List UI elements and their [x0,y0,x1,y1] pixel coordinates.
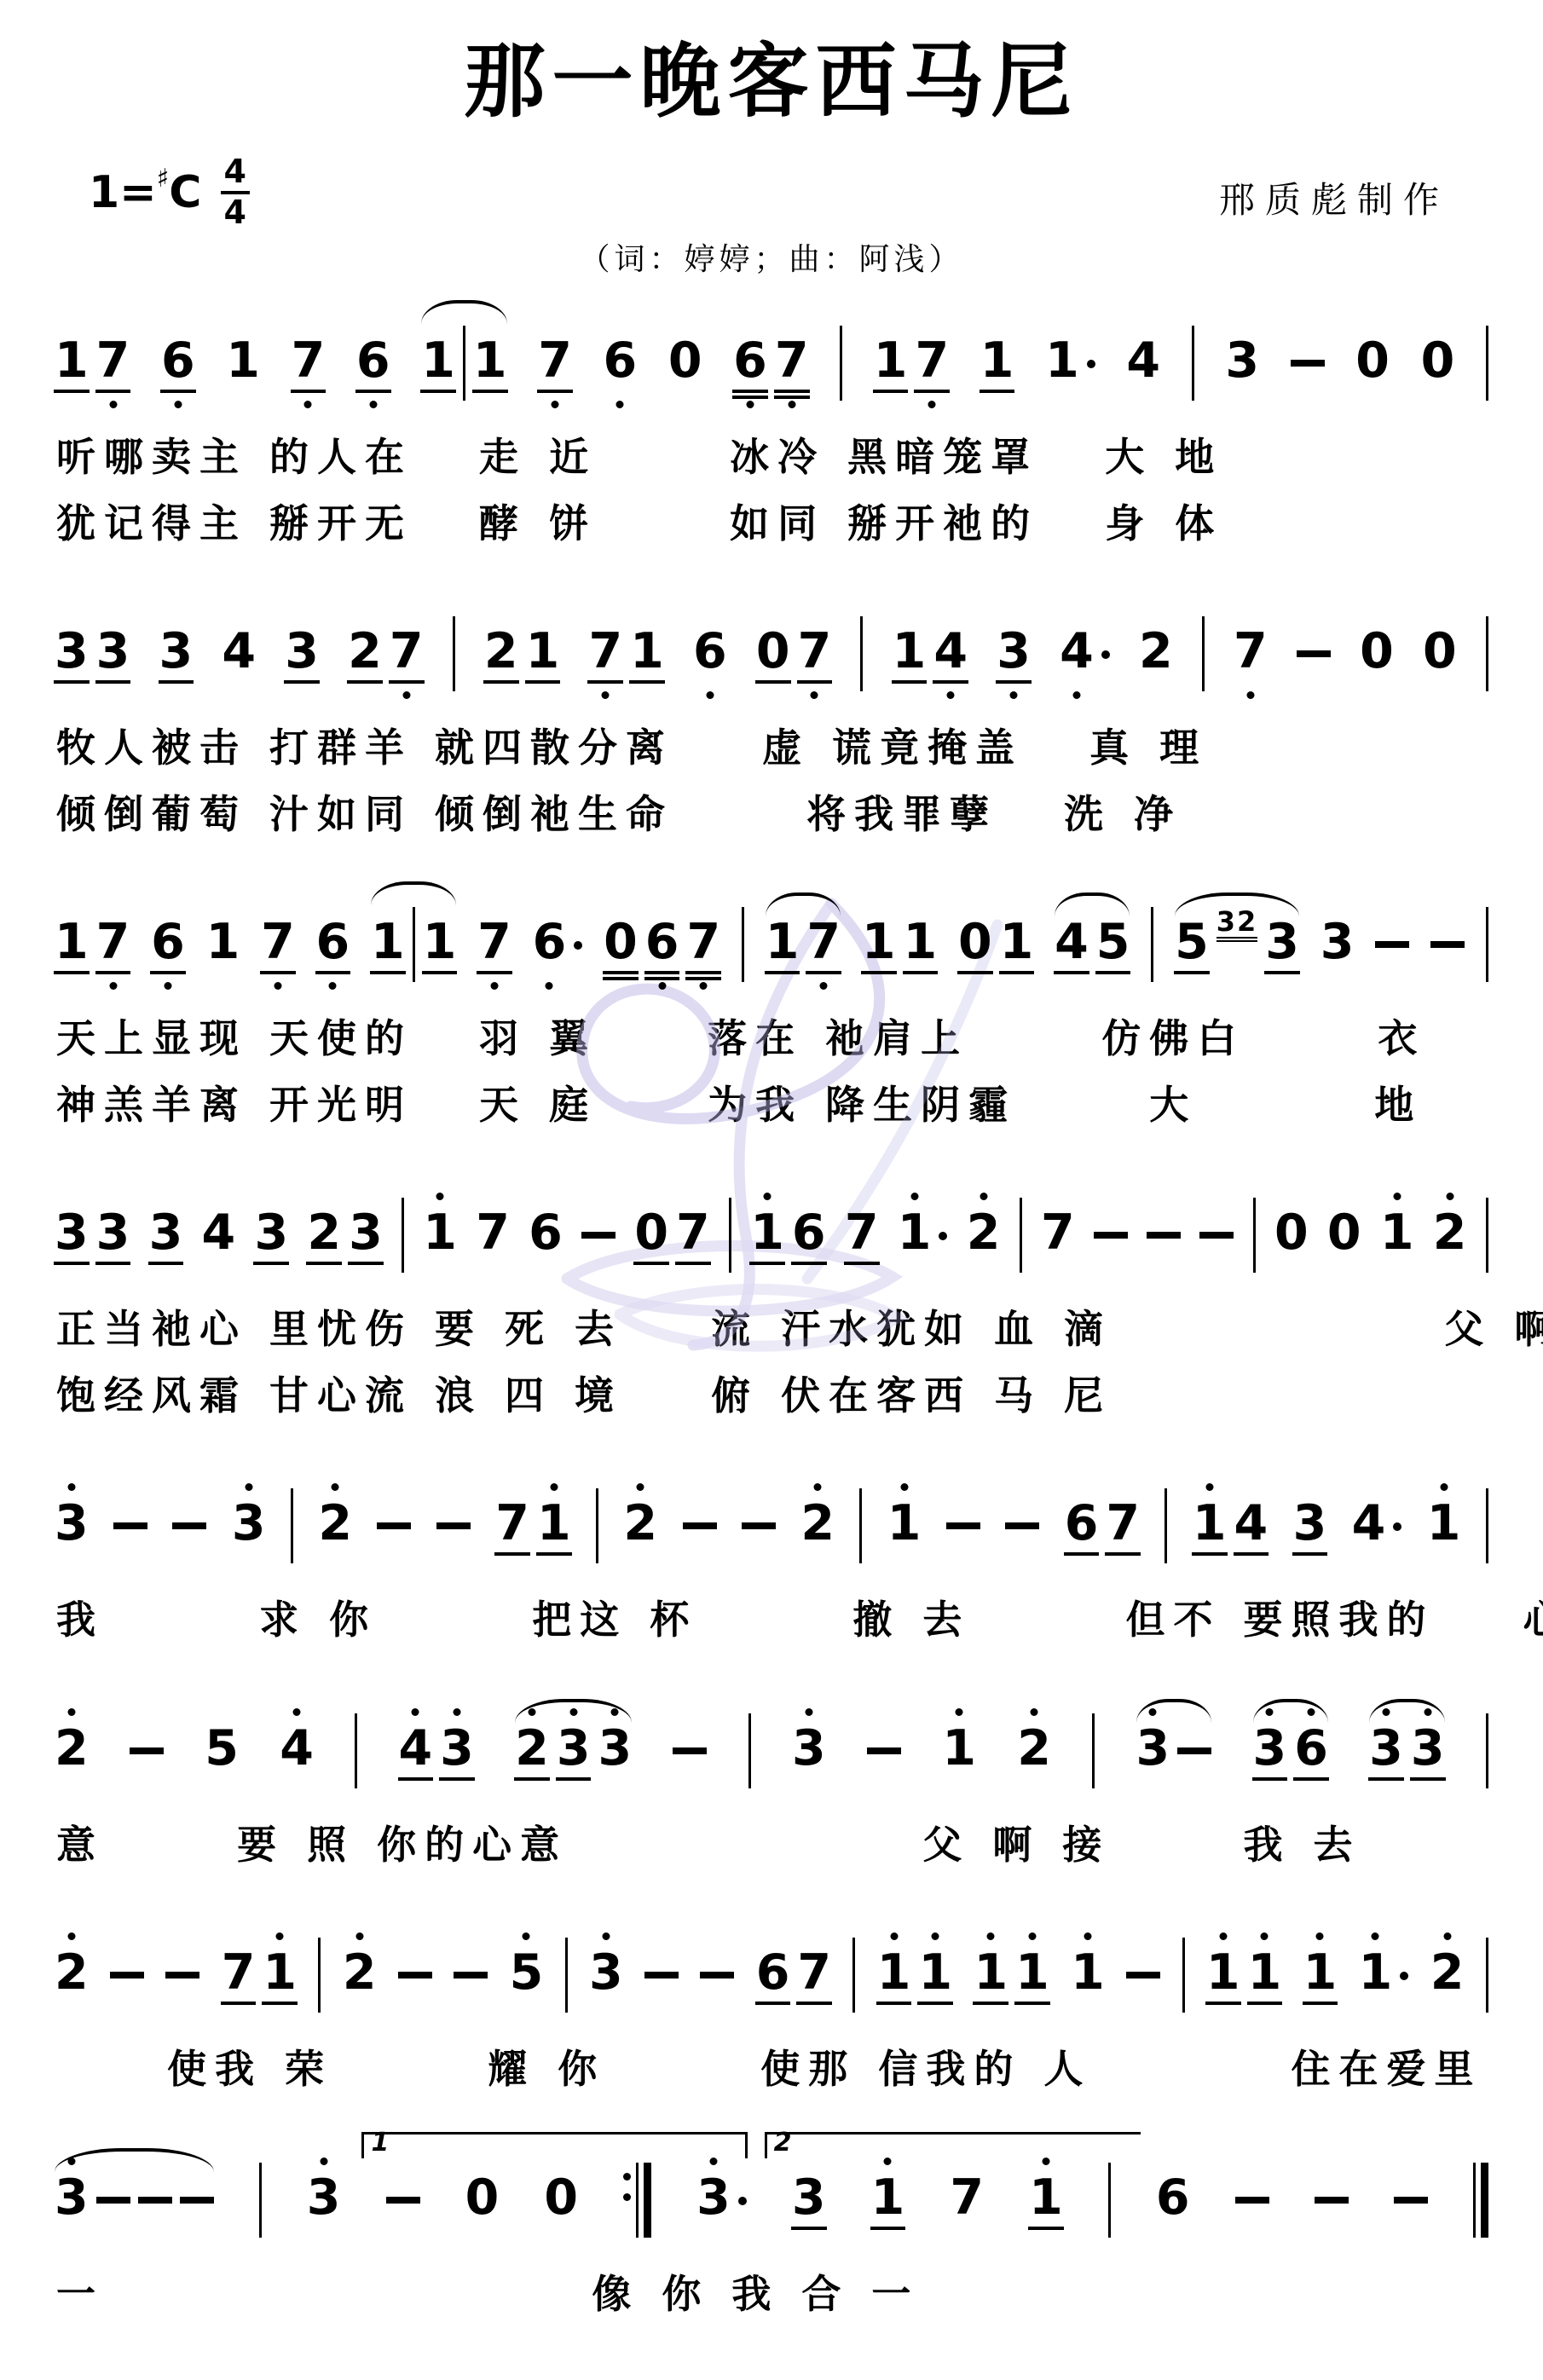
note-digit: 1 [1248,1949,1282,1997]
note-digit: 6 [604,337,638,385]
dash-note [96,2197,130,2204]
note-group: 27 [348,627,423,676]
note-digit: 1 [226,337,260,385]
dash-note [165,1972,199,1979]
note-digit: 3 [285,627,319,676]
note-digit: 6 [161,337,195,385]
note-group: 7 [292,337,326,385]
note-group: 067 [604,918,720,967]
note-group: 11 [862,918,937,967]
dash-note [113,1522,147,1529]
low-octave-dot [1072,691,1080,699]
note-digit: 1 [1071,1949,1105,1997]
note-digit: 6 [533,918,567,967]
note-digit: 1 [942,1724,976,1773]
slur-group: 233 [515,1724,632,1773]
note-group: 1 [898,1209,948,1257]
low-octave-dot [706,691,714,699]
note-group: 4 [280,1724,314,1773]
low-octave-dot [746,401,754,408]
note-digit: 1 [898,1209,932,1257]
low-octave-dot [820,982,828,990]
note-group: 3 [792,1724,826,1773]
sheet-music-page: 那一晚客西马尼 1=♯C 4 4 邢质彪制作 （词：婷婷；曲：阿浅） 17617… [0,0,1543,2380]
note-digit: 0 [634,1209,668,1257]
dash-note [1235,2197,1269,2204]
note-group: 3 [997,627,1031,676]
note-group: 0 [1423,627,1457,676]
high-octave-dot [1031,1708,1038,1716]
dash-note [110,1972,144,1979]
barline [860,616,863,691]
high-octave-dot [1393,1193,1401,1200]
note-group: 6 [604,337,638,385]
barline [859,1488,862,1563]
note-digit: 1 [537,1499,571,1548]
key-signature: 1=♯C 4 4 [89,155,251,230]
notes-row: 176176117606717114300 [53,293,1490,416]
high-octave-dot [709,2158,717,2165]
note-digit: 1 [871,2174,905,2222]
high-octave-dot [805,1708,812,1716]
note-digit: 2 [55,1949,89,1997]
note-digit: 4 [399,1724,433,1773]
note-digit: 3 [1321,918,1355,967]
high-octave-dot [67,2158,75,2165]
note-digit: 1 [1045,337,1079,385]
high-octave-dot [611,1708,619,1716]
barline [413,907,415,982]
augmentation-dot [738,2197,747,2205]
lyric-row-1: 正当祂心 里忧伤 要 死 去 流 汗水犹如 血 滴 父 啊 [53,1305,1490,1355]
note-digit: 1 [887,1499,922,1548]
note-digit: 6 [316,918,350,967]
note-group: 67 [756,1949,831,1997]
high-octave-dot [932,1932,939,1940]
note-digit: 2 [1430,1949,1465,1997]
note-digit: 3 [440,1724,474,1773]
note-group [386,2197,420,2222]
note-group [436,1522,471,1548]
note-digit: 1 [877,1949,911,1997]
note-digit: 7 [390,627,424,676]
note-group: 17 [55,918,130,967]
high-octave-dot [987,1932,995,1940]
low-octave-dot [811,691,818,699]
note-digit: 6 [1065,1499,1099,1548]
note-digit: 6 [756,1949,790,1997]
note-group: 14 [893,627,968,676]
note-digit: 5 [1175,918,1209,967]
dash-note [683,1522,717,1529]
note-digit: 2 [515,1724,549,1773]
notes-row: 3334327217160714342700 [53,584,1490,707]
note-digit: 4 [222,627,256,676]
note-group: 7 [476,1209,510,1257]
note-digit: 3 [696,2174,731,2222]
note-digit: 1 [1303,1949,1338,1997]
note-group [172,1522,206,1548]
note-group: 7 [1234,627,1268,676]
note-group: 71 [495,1499,570,1548]
notes-row: 3334323176071671270012 [53,1165,1490,1288]
note-digit: 3 [96,627,130,676]
music-line-2: 3334327217160714342700牧人被击 打群羊 就四散分离 虚 谎… [53,584,1490,839]
key-letter: C [169,167,201,218]
note-group: 21 [484,627,559,676]
note-digit: 6 [356,337,390,385]
note-group: 0 [1327,1209,1361,1257]
note-digit: 3 [232,1499,266,1548]
barline-thin [636,2163,639,2238]
low-octave-dot [947,691,955,699]
note-digit: 3 [1369,1724,1403,1773]
high-octave-dot [956,1708,963,1716]
high-octave-dot [245,1483,252,1491]
note-group: 4 [222,627,256,676]
grace-notes: 32 [1216,908,1258,942]
barline [1486,616,1488,691]
note-digit: 7 [292,337,326,385]
high-octave-dot [293,1708,301,1716]
note-group: 7 [477,918,511,967]
note-digit: 1 [371,918,405,967]
low-octave-dot [602,691,610,699]
repeat-dot [623,2193,631,2201]
note-digit: 0 [1327,1209,1361,1257]
note-digit: 7 [1234,627,1268,676]
note-digit: 1 [1380,1209,1414,1257]
note-digit: 0 [1274,1209,1309,1257]
high-octave-dot [320,2158,327,2165]
volta-first-ending: 1 [361,2132,748,2158]
final-barline [1473,2163,1488,2222]
note-digit: 3 [1136,1724,1170,1773]
note-digit: 7 [915,337,949,385]
high-octave-dot [1372,1932,1379,1940]
note-group: 0 [668,337,702,385]
high-octave-dot [1149,1708,1157,1716]
note-digit: 2 [55,1724,89,1773]
note-group: 23 [307,1209,382,1257]
note-group: 1 [1045,337,1095,385]
barline [1182,1938,1185,2013]
note-group [398,1972,432,1997]
note-digit: 1 [893,627,927,676]
note-digit: 1 [974,1949,1008,1997]
note-digit: 7 [775,337,809,385]
lyricist-composer-subtitle: （词：婷婷；曲：阿浅） [53,235,1490,279]
barline [1253,1198,1256,1273]
dash-note [1177,1747,1211,1754]
note-digit: 1 [55,337,89,385]
note-digit: 5 [510,1949,544,1997]
high-octave-dot [900,1483,908,1491]
high-octave-dot [1219,1932,1227,1940]
note-group: 3 [285,627,319,676]
barline-thick [1481,2163,1488,2238]
barline [742,907,744,982]
note-group: 6 [693,627,727,676]
note-group: 1 [226,337,260,385]
high-octave-dot [814,1483,822,1491]
note-digit: 7 [845,1209,879,1257]
note-group [644,1972,679,1997]
note-digit: 1 [904,918,938,967]
low-octave-dot [546,982,553,990]
note-group: 07 [756,627,831,676]
low-octave-dot [402,691,410,699]
note-group [700,1972,734,1997]
low-octave-dot [174,401,182,408]
note-digit: 2 [318,1499,352,1548]
note-group: 0 [1421,337,1455,385]
note-digit: 1 [630,627,664,676]
high-octave-dot [1308,1708,1315,1716]
time-bottom: 4 [218,196,251,230]
barline [840,326,842,401]
note-group: 2 [1139,627,1173,676]
low-octave-dot [1246,691,1254,699]
time-top: 4 [218,155,251,189]
note-digit: 3 [589,1949,623,1997]
note-group [1005,1522,1039,1548]
note-digit: 7 [538,337,572,385]
note-digit: 1 [980,337,1014,385]
note-group: 6 [529,1209,563,1257]
dash-note [377,1522,411,1529]
lyric-row-1: 牧人被击 打群羊 就四散分离 虚 谎竟掩盖 真 理 [53,724,1490,773]
notes-row: 2544323331233633 [53,1681,1490,1804]
note-digit: 0 [465,2174,500,2222]
note-group [1094,1232,1128,1257]
note-digit: 6 [151,918,185,967]
note-digit: 3 [1225,337,1259,385]
high-octave-dot [550,1483,558,1491]
high-octave-dot [67,1932,75,1940]
note-digit: 6 [792,1209,826,1257]
note-group: 71 [222,1949,297,1997]
barline [852,1938,855,2013]
note-group: 3 [55,1499,89,1548]
high-octave-dot [1443,1932,1451,1940]
note-group: 3 [1293,1499,1327,1548]
note-group: 1 [206,918,240,967]
note-group: 3 [696,2174,747,2222]
low-octave-dot [369,401,377,408]
note-digit: 7 [96,918,130,967]
note-group: 11 [1206,1949,1281,1997]
dash-note [1126,1972,1160,1979]
high-octave-dot [67,1483,75,1491]
note-digit: 7 [476,1209,510,1257]
note-digit: 1 [1193,1499,1227,1548]
high-octave-dot [1205,1483,1213,1491]
low-octave-dot [109,401,117,408]
note-group: 3 [1225,337,1259,385]
slur-group: 36 [1253,1724,1328,1773]
note-digit: 1 [421,337,455,385]
barline [1486,1488,1488,1563]
high-octave-dot [1266,1708,1274,1716]
note-digit: 3 [598,1724,632,1773]
lyric-row-1: 一 像 你 我 合 一 [53,2270,1490,2319]
notes-row: 17617611760671711014553233 [53,875,1490,997]
score-body: 176176117606717114300听哪卖主 的人在 走 近 冰冷 黑暗笼… [53,293,1490,2319]
header: 那一晚客西马尼 1=♯C 4 4 邢质彪制作 （词：婷婷；曲：阿浅） [53,38,1490,293]
note-group [742,1522,776,1548]
note-group: 2 [1433,1209,1467,1257]
notes-row: 271253671111111112 [53,1905,1490,2028]
dash-note [454,1972,488,1979]
note-group: 1 [423,1209,457,1257]
note-digit: 1 [423,1209,457,1257]
note-digit: 3 [792,2174,826,2222]
volta-2-label: 2 [774,2128,792,2158]
high-octave-dot [1042,2158,1049,2165]
high-octave-dot [412,1708,419,1716]
note-group: 67 [1065,1499,1140,1548]
note-digit: 2 [1017,1724,1051,1773]
note-digit: 3 [159,627,194,676]
note-group: 6 [151,918,185,967]
high-octave-dot [910,1193,918,1200]
low-octave-dot [616,401,624,408]
dash-note [436,1522,471,1529]
high-octave-dot [1424,1708,1431,1716]
note-digit: 6 [733,337,767,385]
note-group: 1 [1071,1949,1105,1997]
dash-note [946,1522,980,1529]
high-octave-dot [523,1932,530,1940]
barline [402,1198,404,1273]
dash-note [398,1972,432,1979]
arranger-credit: 邢质彪制作 [1219,172,1449,223]
note-group [113,1522,147,1548]
note-group: 1 [1427,1499,1461,1548]
note-group: 11 [974,1949,1049,1997]
barline [729,1198,731,1273]
note-group [581,1232,615,1257]
slur-group: 11 [371,907,456,967]
lyric-row-1: 天上显现 天使的 羽 翼 落在 祂肩上 仿佛白 衣 [53,1014,1490,1064]
note-group [1430,941,1465,967]
note-group [1394,2197,1428,2222]
note-digit: 7 [950,2174,984,2222]
note-digit: 1 [1427,1499,1461,1548]
note-group [867,1747,901,1773]
note-digit: 3 [149,1209,183,1257]
note-group [165,1972,199,1997]
barline [1486,1198,1488,1273]
note-digit: 7 [495,1499,529,1548]
note-digit: 7 [797,1949,831,1997]
note-digit: 7 [806,918,841,967]
music-line-6: 2544323331233633意 要 照 你的心意 父 啊 接 我 去 [53,1681,1490,1870]
high-octave-dot [1382,1708,1390,1716]
barline [565,1938,568,2013]
note-digit: 0 [1355,337,1390,385]
note-digit: 2 [967,1209,1001,1257]
music-line-4: 3334323176071671270012正当祂心 里忧伤 要 死 去 流 汗… [53,1165,1490,1420]
note-group: 1 [871,2174,905,2222]
low-octave-dot [552,401,559,408]
augmentation-dot [574,941,582,950]
note-group: 6 [356,337,390,385]
note-digit: 2 [800,1499,835,1548]
note-group: 6 [1156,2174,1190,2222]
barline [453,616,455,691]
lyric-row-2: 犹记得主 掰开无 酵 饼 如同 掰开祂的 身 体 [53,500,1490,549]
note-group: 1 [1029,2174,1063,2222]
note-group: 6 [161,337,195,385]
music-line-1: 176176117606717114300听哪卖主 的人在 走 近 冰冷 黑暗笼… [53,293,1490,548]
note-digit: 0 [756,627,790,676]
note-group [1291,360,1325,385]
note-digit: 4 [202,1209,236,1257]
barline [1486,326,1488,401]
note-digit: 3 [1265,918,1299,967]
note-group [1199,1232,1234,1257]
barline [259,2163,262,2238]
dash-note [138,2197,172,2204]
note-digit: 3 [792,1724,826,1773]
note-group: 07 [634,1209,709,1257]
note-group [377,1522,411,1548]
note-group: 7 [845,1209,879,1257]
lyric-row-1: 我 求 你 把这 杯 撤 去 但不 要照我的 心 [53,1596,1490,1645]
note-group: 4 [1060,627,1110,676]
note-group: 1 [1303,1949,1338,1997]
note-digit: 0 [668,337,702,385]
note-digit: 6 [693,627,727,676]
slur-group: 11 [421,326,506,385]
dash-note [386,2197,420,2204]
slur-group: 33 [1369,1724,1444,1773]
dash-note [130,1747,164,1754]
note-group: 1 [1380,1209,1414,1257]
lyric-row-2: 神羔羊离 开光明 天 庭 为我 降生阴霾 大 地 [53,1081,1490,1130]
dash-note [1291,360,1325,367]
augmentation-dot [1393,1522,1401,1531]
high-octave-dot [355,1932,363,1940]
note-digit: 1 [1015,1949,1049,1997]
dash-note [1147,1232,1181,1239]
note-digit: 3 [1293,1499,1327,1548]
note-group: 2 [1430,1949,1465,1997]
note-group: 17 [55,337,130,385]
dash-note [1430,941,1465,948]
note-group: 0 [465,2174,500,2222]
note-group: 3 [159,627,194,676]
note-group: 5 [510,1949,544,1997]
note-group: 33 [55,627,130,676]
note-group [946,1522,980,1548]
barline [1164,1488,1167,1563]
note-digit: 1 [918,1949,952,1997]
note-group: 1 [1359,1949,1409,1997]
key-prefix: 1= [89,167,157,218]
note-digit: 3 [1411,1724,1445,1773]
barline [748,1713,751,1788]
note-group: 5 [205,1724,239,1773]
note-digit: 2 [343,1949,377,1997]
augmentation-dot [1101,650,1110,659]
dash-note [180,2197,214,2204]
note-group: 1 [980,337,1014,385]
high-octave-dot [602,1932,610,1940]
lyric-row-1: 使我 荣 耀 你 使那 信我的 人 住在爱里 合 [53,2045,1490,2094]
